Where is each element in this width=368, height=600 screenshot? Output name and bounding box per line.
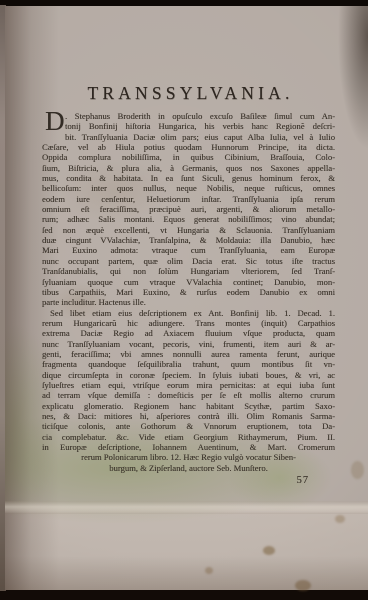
text-line: ſed non æquè excellenti, vt Hungaria & S… bbox=[42, 225, 335, 235]
text-line: mus, condita & habitata. In ea ſunt Sicu… bbox=[42, 173, 335, 183]
text-line: ad terram vſque demiſſa : domeſticis per… bbox=[42, 390, 335, 400]
text-line: Tranſdanubialis, qui non ſolùm Hungariam… bbox=[42, 266, 335, 276]
text-line: ſylueſtres etiam equi, vtriſque eorum mi… bbox=[42, 380, 335, 390]
book-page: TRANSSYLVANIA. D . Stephanus Broderith i… bbox=[5, 6, 368, 590]
text-line: extrema Daciæ Regio ad Axiacem fluuium v… bbox=[42, 328, 335, 338]
text-line: tonij Bonfinij hiſtoria Hungarica, his v… bbox=[65, 121, 335, 131]
photo-frame: TRANSSYLVANIA. D . Stephanus Broderith i… bbox=[0, 0, 368, 600]
paper-crease bbox=[5, 501, 368, 514]
text-line: Sed libet etiam eius deſcriptionem ex An… bbox=[42, 308, 335, 318]
text-line: bit. Tranſſyluania Daciæ olim pars; eius… bbox=[65, 132, 335, 142]
text-line: duæ cingunt VValachiæ, Tranſalpina, & Mo… bbox=[42, 235, 335, 245]
text-line: nunc occupant partem, quæ olim Dacia era… bbox=[42, 256, 335, 266]
text-line: eodem iure cenſentur, Heluetiorum inſtar… bbox=[42, 194, 335, 204]
text-line: genti, feraciſſima; vbi amnes nonnulli a… bbox=[42, 349, 335, 359]
text-line: in Europæ deſcriptione, Iohannem Auentin… bbox=[42, 442, 335, 452]
text-line: bellicoſum: inter quos nullus, neque Nob… bbox=[42, 183, 335, 193]
stain-spot bbox=[263, 546, 275, 555]
page-number: 57 bbox=[42, 475, 335, 486]
text-line: fragmenta quandoque ſeſquilibralia trahu… bbox=[42, 359, 335, 369]
stain-spot bbox=[335, 515, 345, 523]
text-line: Cæſare, vel ab Hiula potius quodam Hunno… bbox=[42, 142, 335, 152]
text-line: parte includitur. Hactenus ille. bbox=[42, 297, 335, 307]
text-line: rerum Hungaricarũ hic adiungere. Trans m… bbox=[42, 318, 335, 328]
text-block: TRANSSYLVANIA. D . Stephanus Broderith i… bbox=[42, 83, 335, 486]
stain-spot bbox=[351, 461, 364, 479]
text-line: burgum, & Zipſerland, auctore Seb. Munſt… bbox=[42, 463, 335, 473]
text-line: nes, & Daci: mitiores hi, aſperiores con… bbox=[42, 411, 335, 421]
text-line: explicatu glomeratio. Regionem hanc habi… bbox=[42, 401, 335, 411]
text-line: ticiſque colonis, ante Gothorum & Vnnoru… bbox=[42, 421, 335, 431]
text-line: cia complebatur. &c. Vide etiam Georgium… bbox=[42, 432, 335, 442]
body-text: D . Stephanus Broderith in opuſculo excu… bbox=[42, 111, 335, 473]
text-line: nunc Tranſſyluaniam vocant, pecoris, vin… bbox=[42, 339, 335, 349]
stain-spot bbox=[205, 567, 213, 574]
text-line: . Stephanus Broderith in opuſculo excuſo… bbox=[65, 111, 335, 121]
text-line: omnium eſt feraciſſima, præcipuè auri, a… bbox=[42, 204, 335, 214]
text-line: dique circumſepta in coronæ ſpeciem. In … bbox=[42, 370, 335, 380]
text-line: rum; adhæc Salis montani. Equos generat … bbox=[42, 214, 335, 224]
text-line: Mari Euxino admota: vtraque cum Tranſſyl… bbox=[42, 245, 335, 255]
text-line: Oppida complura nobiliſſima, in quibus C… bbox=[42, 152, 335, 162]
text-line: ſium, Biſtricia, & plura alia, à Germani… bbox=[42, 163, 335, 173]
body-lines: . Stephanus Broderith in opuſculo excuſo… bbox=[42, 111, 335, 473]
stain-spot bbox=[295, 580, 311, 591]
page-title: TRANSSYLVANIA. bbox=[42, 83, 335, 103]
text-line: rerum Polonicarum libro. 12. Hæc Regio v… bbox=[42, 452, 335, 462]
text-line: ſyluaniam quoque cum vtraque VValachia c… bbox=[42, 277, 335, 287]
text-line: tibus Carpathiis, Mari Euxino, & rurſus … bbox=[42, 287, 335, 297]
drop-cap-letter: D bbox=[45, 111, 63, 132]
